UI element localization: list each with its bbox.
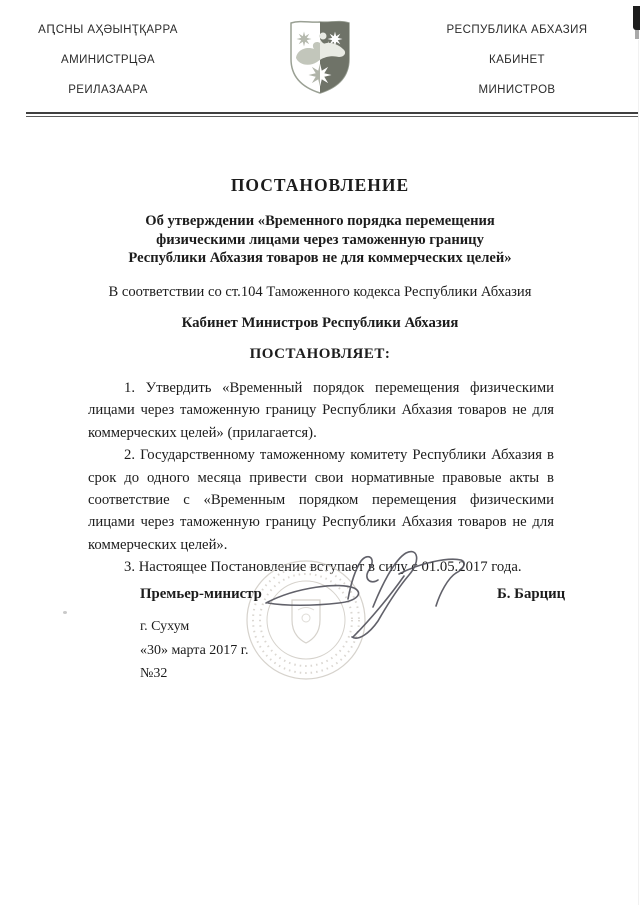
coat-of-arms-icon	[287, 17, 353, 97]
header-abkhaz-line-1: АԤСНЫ АҲӘЫНҬҚАРРА	[23, 15, 193, 45]
issuing-body-line: Кабинет Министров Республики Абхазия	[0, 315, 640, 332]
scanned-decree-page: АԤСНЫ АҲӘЫНҬҚАРРА АМИНИСТРЦӘА РЕИЛАЗААРА	[0, 0, 640, 905]
signer-name: Б. Барциц	[497, 586, 565, 603]
header-russian-name: РЕСПУБЛИКА АБХАЗИЯ КАБИНЕТ МИНИСТРОВ	[432, 15, 602, 105]
document-number: №32	[140, 666, 167, 682]
legal-basis-line: В соответствии со ст.104 Таможенного код…	[0, 284, 640, 301]
header-abkhaz-line-3: РЕИЛАЗААРА	[23, 75, 193, 105]
document-subject: Об утверждении «Временного порядка перем…	[70, 212, 570, 268]
clause-2: 2. Государственному таможенному комитету…	[88, 444, 554, 556]
header-russian-line-2: КАБИНЕТ	[432, 45, 602, 75]
header-russian-line-3: МИНИСТРОВ	[432, 75, 602, 105]
subject-line-1: Об утверждении «Временного порядка перем…	[70, 212, 570, 231]
scan-artifact-corner	[633, 6, 640, 30]
header-russian-line-1: РЕСПУБЛИКА АБХАЗИЯ	[432, 15, 602, 45]
header-abkhaz-name: АԤСНЫ АҲӘЫНҬҚАРРА АМИНИСТРЦӘА РЕИЛАЗААРА	[23, 15, 193, 105]
date-line: «30» марта 2017 г.	[140, 643, 248, 659]
clause-1: 1. Утвердить «Временный порядок перемеще…	[88, 377, 554, 444]
header-divider-line	[26, 112, 638, 117]
signer-post-label: Премьер-министр	[140, 586, 262, 603]
enacting-word: ПОСТАНОВЛЯЕТ:	[0, 346, 640, 363]
scan-page-edge	[638, 40, 639, 905]
scan-artifact-dot	[63, 611, 67, 614]
subject-line-3: Республики Абхазия товаров не для коммер…	[70, 249, 570, 268]
place-line: г. Сухум	[140, 619, 189, 635]
header-abkhaz-line-2: АМИНИСТРЦӘА	[23, 45, 193, 75]
signature-scribble	[252, 545, 472, 650]
document-type-heading: ПОСТАНОВЛЕНИЕ	[0, 175, 640, 196]
subject-line-2: физическими лицами через таможенную гран…	[70, 231, 570, 250]
